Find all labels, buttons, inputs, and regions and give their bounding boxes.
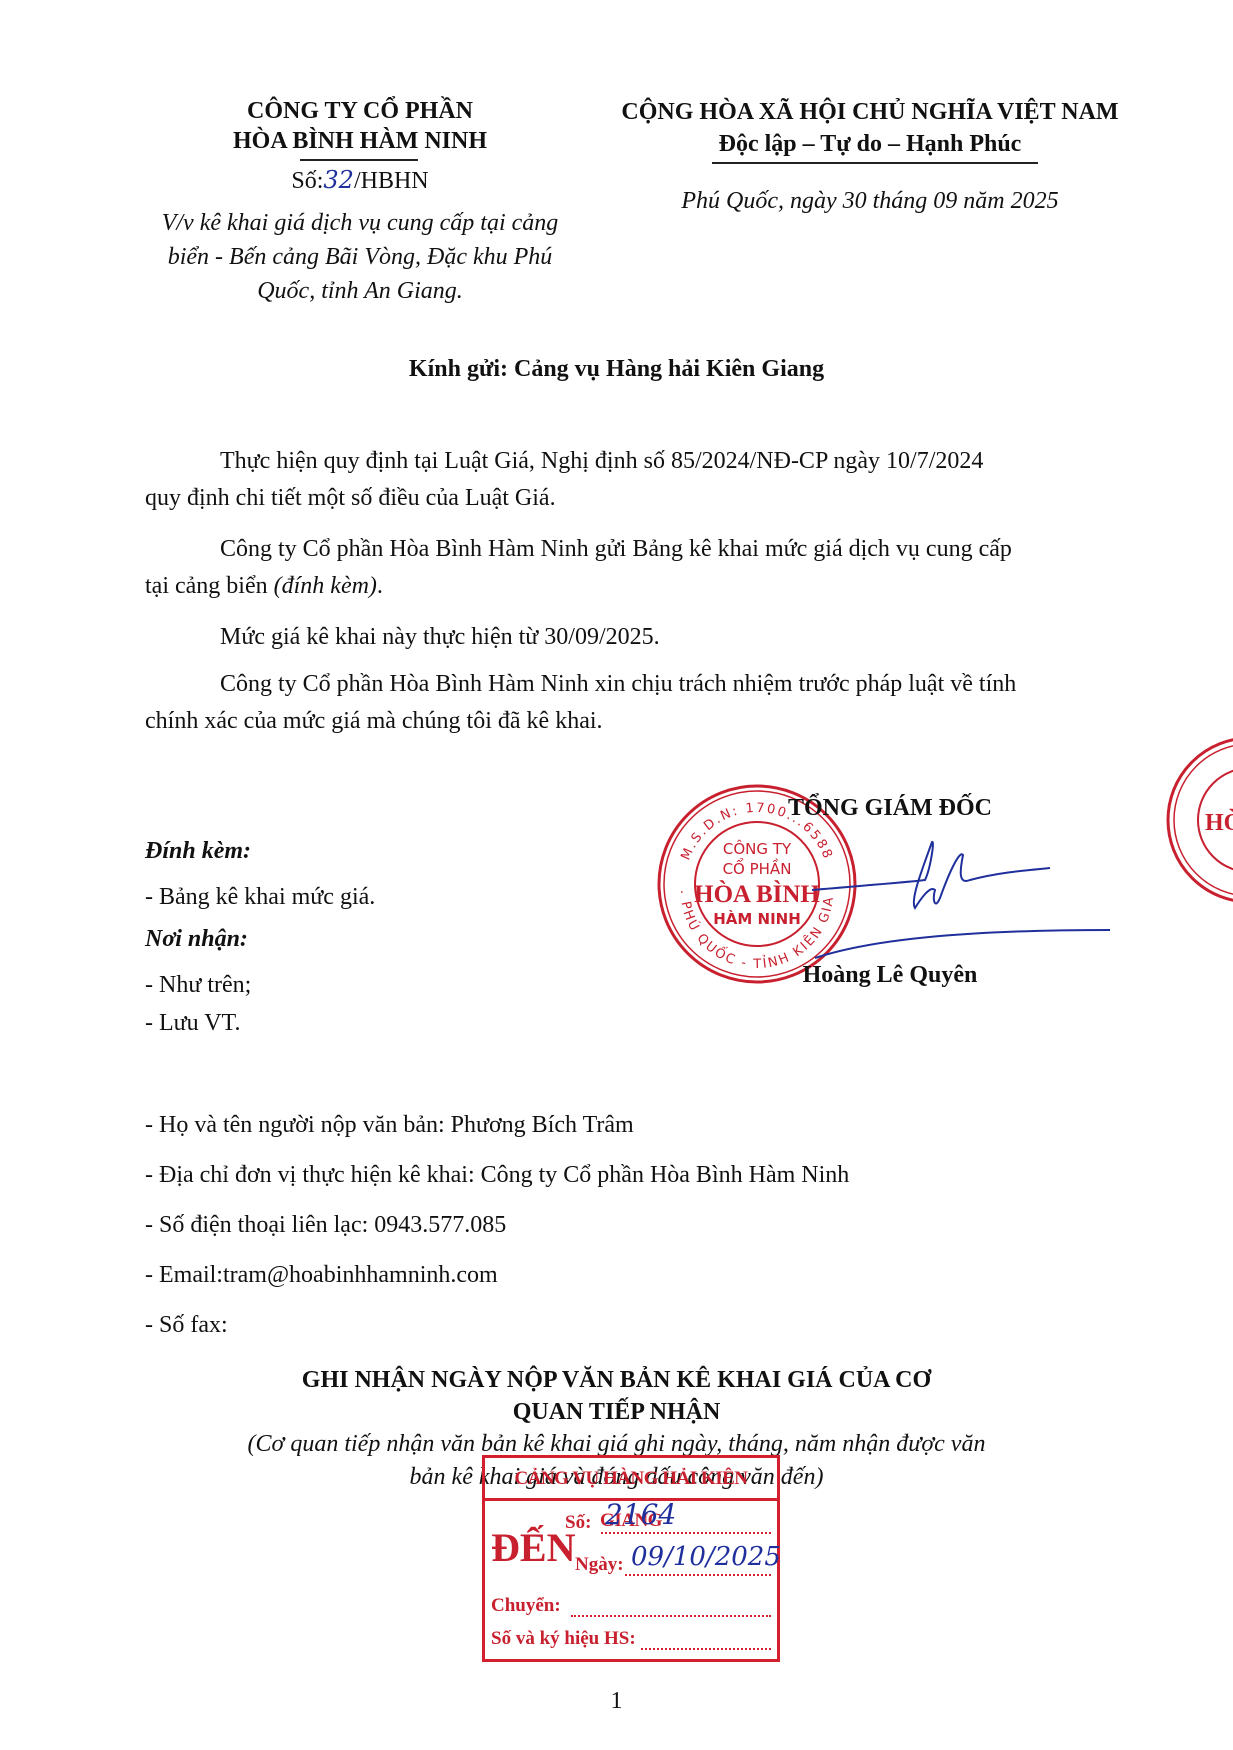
body-paragraph-2: Công ty Cổ phần Hòa Bình Hàm Ninh gửi Bả… bbox=[220, 536, 1012, 563]
stamp-date-value: 09/10/2025 bbox=[631, 1542, 781, 1572]
motto: Độc lập – Tự do – Hạnh Phúc bbox=[600, 128, 1140, 160]
svg-text:HÀM NINH: HÀM NINH bbox=[713, 909, 801, 928]
signer-name: Hoàng Lê Quyên bbox=[740, 962, 1040, 989]
handwritten-number: 32 bbox=[323, 166, 354, 194]
svg-text:HÒ: HÒ bbox=[1205, 809, 1233, 836]
company-line-2: HÒA BÌNH HÀM NINH bbox=[150, 126, 570, 156]
svg-text:CỔ PHẦN: CỔ PHẦN bbox=[723, 857, 792, 878]
national-header: CỘNG HÒA XÃ HỘI CHỦ NGHĨA VIỆT NAM Độc l… bbox=[600, 96, 1140, 160]
body-paragraph-4: Công ty Cổ phần Hòa Bình Hàm Ninh xin ch… bbox=[220, 671, 1016, 698]
svg-text:HÒA BÌNH: HÒA BÌNH bbox=[694, 880, 820, 908]
signature-icon bbox=[810, 830, 1110, 970]
submitter-name: - Họ và tên người nộp văn bản: Phương Bí… bbox=[145, 1112, 634, 1139]
body-paragraph-3: Mức giá kê khai này thực hiện từ 30/09/2… bbox=[220, 624, 660, 651]
stamp-den-label: ĐẾN bbox=[491, 1524, 575, 1571]
body-paragraph-1: Thực hiện quy định tại Luật Giá, Nghị đị… bbox=[220, 448, 983, 475]
submitter-fax: - Số fax: bbox=[145, 1312, 228, 1339]
signature-title: TỔNG GIÁM ĐỐC bbox=[740, 795, 1040, 822]
stamp-number-value: 2164 bbox=[605, 1498, 676, 1531]
page-number: 1 bbox=[0, 1688, 1233, 1715]
submitter-address: - Địa chỉ đơn vị thực hiện kê khai: Công… bbox=[145, 1162, 849, 1189]
recipients-label: Nơi nhận: bbox=[145, 926, 248, 953]
subject-line: V/v kê khai giá dịch vụ cung cấp tại cản… bbox=[140, 206, 580, 308]
submitter-phone: - Số điện thoại liên lạc: 0943.577.085 bbox=[145, 1212, 506, 1239]
doc-number: Số:32/HBHN bbox=[150, 166, 570, 195]
partial-seal-icon: HÒ bbox=[1160, 735, 1233, 905]
incoming-stamp: CẢNG VỤ HÀNG HẢI KIÊN GIANG ĐẾN Số: 2164… bbox=[482, 1455, 780, 1662]
submitter-email: - Email:tram@hoabinhhamninh.com bbox=[145, 1262, 498, 1289]
recipient-item: - Lưu VT. bbox=[145, 1010, 240, 1037]
motto-underline bbox=[712, 162, 1038, 164]
company-underline bbox=[300, 159, 418, 161]
company-line-1: CÔNG TY CỔ PHẦN bbox=[150, 96, 570, 126]
svg-text:CÔNG TY: CÔNG TY bbox=[723, 839, 792, 858]
place-date: Phú Quốc, ngày 30 tháng 09 năm 2025 bbox=[600, 188, 1140, 215]
stamp-header: CẢNG VỤ HÀNG HẢI KIÊN GIANG bbox=[485, 1458, 777, 1501]
recipient-line: Kính gửi: Cảng vụ Hàng hải Kiên Giang bbox=[0, 356, 1233, 383]
attachment-item: - Bảng kê khai mức giá. bbox=[145, 884, 375, 911]
receipt-title: GHI NHẬN NGÀY NỘP VĂN BẢN KÊ KHAI GIÁ CỦ… bbox=[0, 1364, 1233, 1428]
attachments-label: Đính kèm: bbox=[145, 838, 251, 865]
recipient-item: - Như trên; bbox=[145, 972, 251, 999]
nation-title: CỘNG HÒA XÃ HỘI CHỦ NGHĨA VIỆT NAM bbox=[600, 96, 1140, 128]
company-name: CÔNG TY CỔ PHẦN HÒA BÌNH HÀM NINH bbox=[150, 96, 570, 156]
